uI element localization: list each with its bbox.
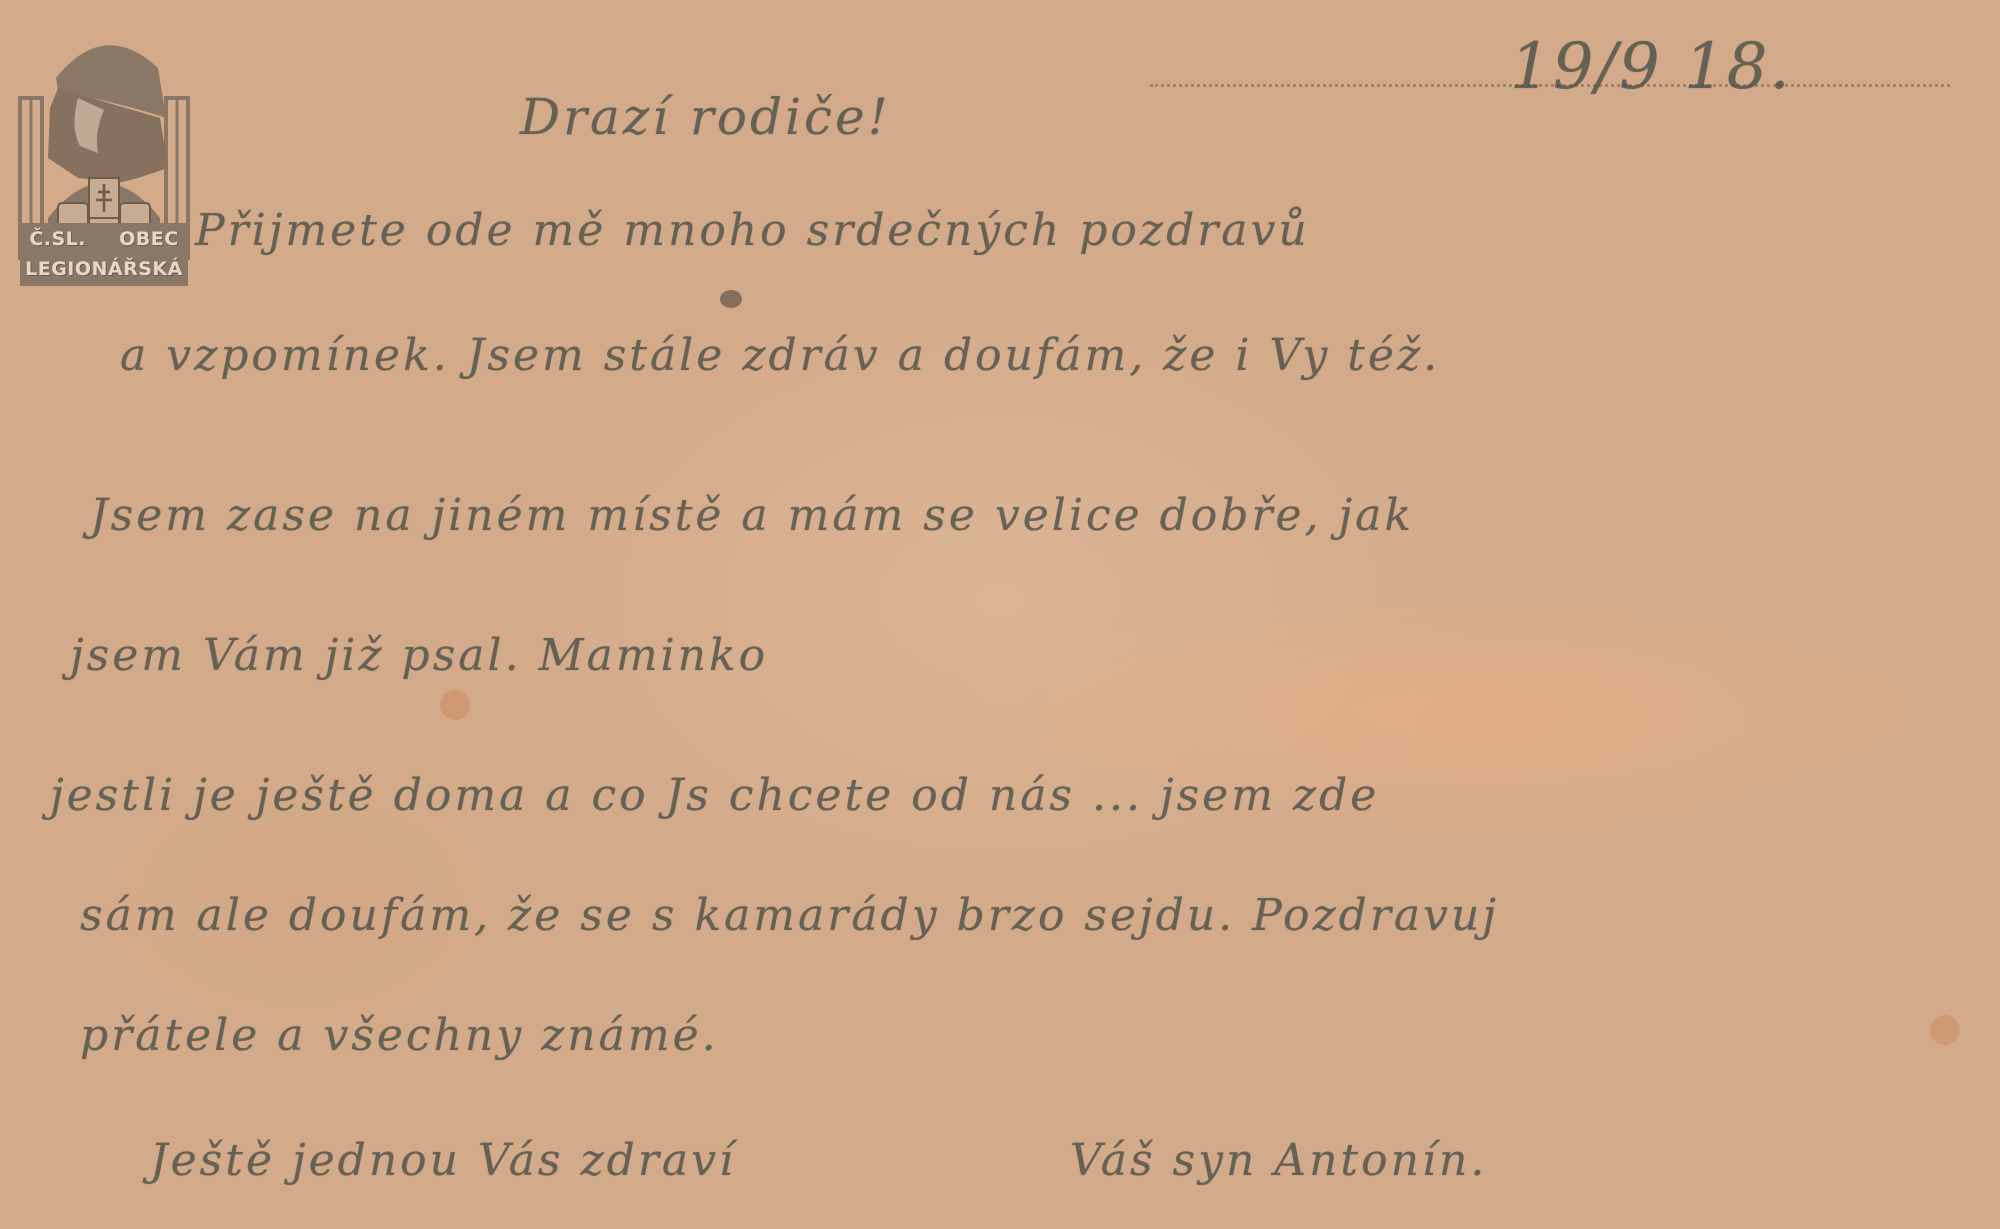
rust-spot	[1930, 1015, 1960, 1045]
greeting: Drazí rodiče!	[520, 88, 891, 146]
signature: Váš syn Antonín.	[1070, 1135, 1487, 1186]
logo-caption-line1: Č.SL. OBEC	[22, 228, 186, 250]
logo-caption-line2: LEGIONÁŘSKÁ	[22, 258, 186, 280]
letter-line: sám ale doufám, že se s kamarády brzo se…	[80, 890, 1499, 941]
letter-line: a vzpomínek. Jsem stále zdráv a doufám, …	[120, 330, 1440, 381]
ink-blot	[720, 290, 742, 308]
rust-spot	[440, 690, 470, 720]
postcard: Č.SL. OBEC LEGIONÁŘSKÁ 19/9 18. Drazí ro…	[0, 0, 2000, 1229]
letter-line: přátele a všechny známé.	[80, 1010, 719, 1061]
letter-line: jestli je ještě doma a co Js chcete od n…	[50, 770, 1379, 821]
closing: Ještě jednou Vás zdraví	[150, 1135, 736, 1186]
letter-line: jsem Vám již psal. Maminko	[70, 630, 768, 681]
date: 19/9 18.	[1510, 30, 1792, 104]
letter-line: Přijmete ode mě mnoho srdečných pozdravů	[195, 205, 1310, 256]
letter-line: Jsem zase na jiném místě a mám se velice…	[90, 490, 1414, 541]
